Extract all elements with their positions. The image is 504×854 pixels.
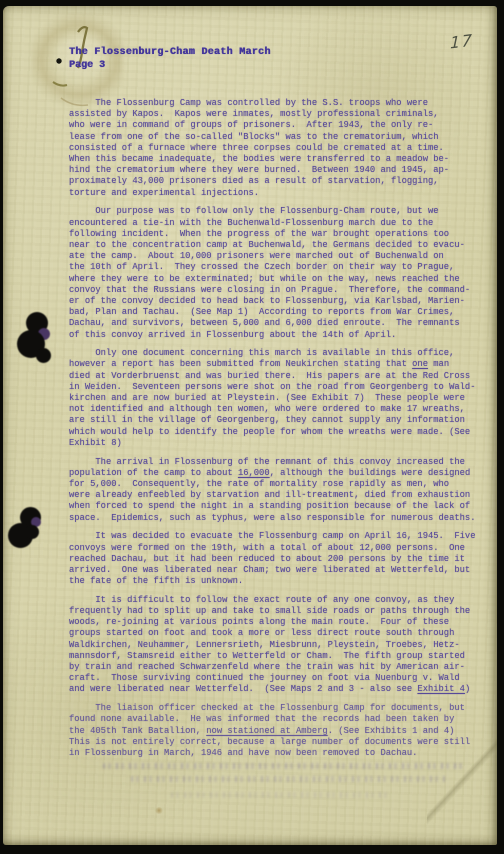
document-page: 17 The Flossenburg-Cham Death March Page… (3, 6, 497, 845)
typed-line: of this convoy arrived in Flossenburg ab… (69, 330, 493, 341)
typed-line: not identified and although ten women, w… (69, 404, 493, 415)
typed-line: frequently had to split up and take to s… (69, 606, 493, 617)
paragraph: Our purpose was to follow only the Floss… (69, 206, 493, 340)
typed-line: woods, re-joining at various points alon… (69, 617, 493, 628)
typed-line: found none available. He was informed th… (69, 714, 493, 725)
typed-line: The arrival in Flossenburg of the remnan… (69, 457, 493, 468)
typed-line: It was decided to evacuate the Flossenbu… (69, 531, 493, 542)
typed-body: The Flossenburg Camp was controlled by t… (69, 98, 493, 759)
paper-speck (155, 807, 163, 814)
document-page-label: Page 3 (69, 59, 493, 72)
paragraph: Only one document concerning this march … (69, 348, 493, 449)
hole-punch-bottom (0, 480, 60, 580)
typed-line: torture and experimental injections. (69, 188, 493, 199)
typed-line: who were in command of groups of prisone… (69, 120, 493, 131)
typed-line: by train and reached Schwarzenfeld where… (69, 662, 493, 673)
typed-line: When this became inadequate, the bodies … (69, 154, 493, 165)
typed-line: convoy that the Russians were closing in… (69, 285, 493, 296)
typed-line: which would help to identify the people … (69, 427, 493, 438)
typed-line: convoys were formed on the 19th, with a … (69, 543, 493, 554)
typed-line: lease from one of the so-called "Blocks"… (69, 132, 493, 143)
typed-line: assisted by Kapos. Kapos were inmates, m… (69, 109, 493, 120)
paragraph: It was decided to evacuate the Flossenbu… (69, 531, 493, 587)
typed-line: in Flossenburg in March, 1946 and have n… (69, 748, 493, 759)
bleed-through-text-line (171, 792, 391, 798)
typed-line: and were liberated near Wetterfeld. (See… (69, 684, 493, 695)
typed-line: space. Epidemics, such as typhus, were a… (69, 513, 493, 524)
typed-line: for 5,000. Consequently, the rate of mor… (69, 479, 493, 490)
typed-line: mannsdorf, Stamsreid either to Wetterfel… (69, 651, 493, 662)
typed-line: however a report has been submitted from… (69, 359, 493, 370)
typed-line: encountered a tie-in with the Buchenwald… (69, 218, 493, 229)
typed-line: craft. Those surviving continued the jou… (69, 673, 493, 684)
typed-line: were already enfeebled by starvation and… (69, 490, 493, 501)
typed-line: Only one document concerning this march … (69, 348, 493, 359)
typed-line: arrived. One was liberated near Cham; tw… (69, 565, 493, 576)
document-title: The Flossenburg-Cham Death March (69, 46, 493, 59)
typed-line: Dachau, and survivors, between 5,000 and… (69, 318, 493, 329)
typed-line: Exhibit 8) (69, 438, 493, 449)
typed-line: reached Dachau, but it had been reduced … (69, 554, 493, 565)
typed-line: in Weiden. Seventeen persons were shot o… (69, 382, 493, 393)
typed-line: This is not entirely correct, because a … (69, 737, 493, 748)
paragraph: The Flossenburg Camp was controlled by t… (69, 98, 493, 199)
typed-line: the fate of the fifth is unknown. (69, 576, 493, 587)
typed-line: The liaison officer checked at the Floss… (69, 703, 493, 714)
bleed-through-text-line (103, 763, 465, 769)
typed-line: er of the convoy decided to head back to… (69, 296, 493, 307)
paragraph: The arrival in Flossenburg of the remnan… (69, 457, 493, 524)
typed-line: near to the concentration camp at Buchen… (69, 240, 493, 251)
typed-line: ate the camp. About 10,000 prisoners wer… (69, 251, 493, 262)
typed-line: The Flossenburg Camp was controlled by t… (69, 98, 493, 109)
typed-line: the 405th Tank Batallion, now stationed … (69, 726, 493, 737)
typed-line: when forced to spend the night in a stan… (69, 501, 493, 512)
typed-line: groups started on foot and took a more o… (69, 628, 493, 639)
typed-line: consisted of a furnace where three corps… (69, 143, 493, 154)
paragraph: It is difficult to follow the exact rout… (69, 595, 493, 696)
typed-line: are still in the village of Georgenberg,… (69, 415, 493, 426)
typed-line: population of the camp to about 16,000, … (69, 468, 493, 479)
paragraph: The liaison officer checked at the Floss… (69, 703, 493, 759)
typed-line: proximately 43,000 prisoners died as a r… (69, 176, 493, 187)
typed-line: died at Vorderbruenst and was buried the… (69, 371, 493, 382)
typed-line: following incident. When the progress of… (69, 229, 493, 240)
typed-text-block: The Flossenburg-Cham Death March Page 3 … (69, 46, 493, 767)
typed-line: kirchen and are now buried at Pleystein.… (69, 393, 493, 404)
typed-line: the 10th of April. They crossed the Czec… (69, 262, 493, 273)
typed-line: bad, Plan and Tachau. (See Map 1) Accord… (69, 307, 493, 318)
typed-line: where they were to be exterminated; but … (69, 274, 493, 285)
typed-line: Waldkirchen, Neuhammer, Lennersrieth, Mi… (69, 640, 493, 651)
bleed-through-text-line (131, 776, 447, 782)
typed-line: It is difficult to follow the exact rout… (69, 595, 493, 606)
typed-line: hind the crematorium where they were bur… (69, 165, 493, 176)
typed-line: Our purpose was to follow only the Floss… (69, 206, 493, 217)
hole-punch-top (0, 0, 60, 380)
